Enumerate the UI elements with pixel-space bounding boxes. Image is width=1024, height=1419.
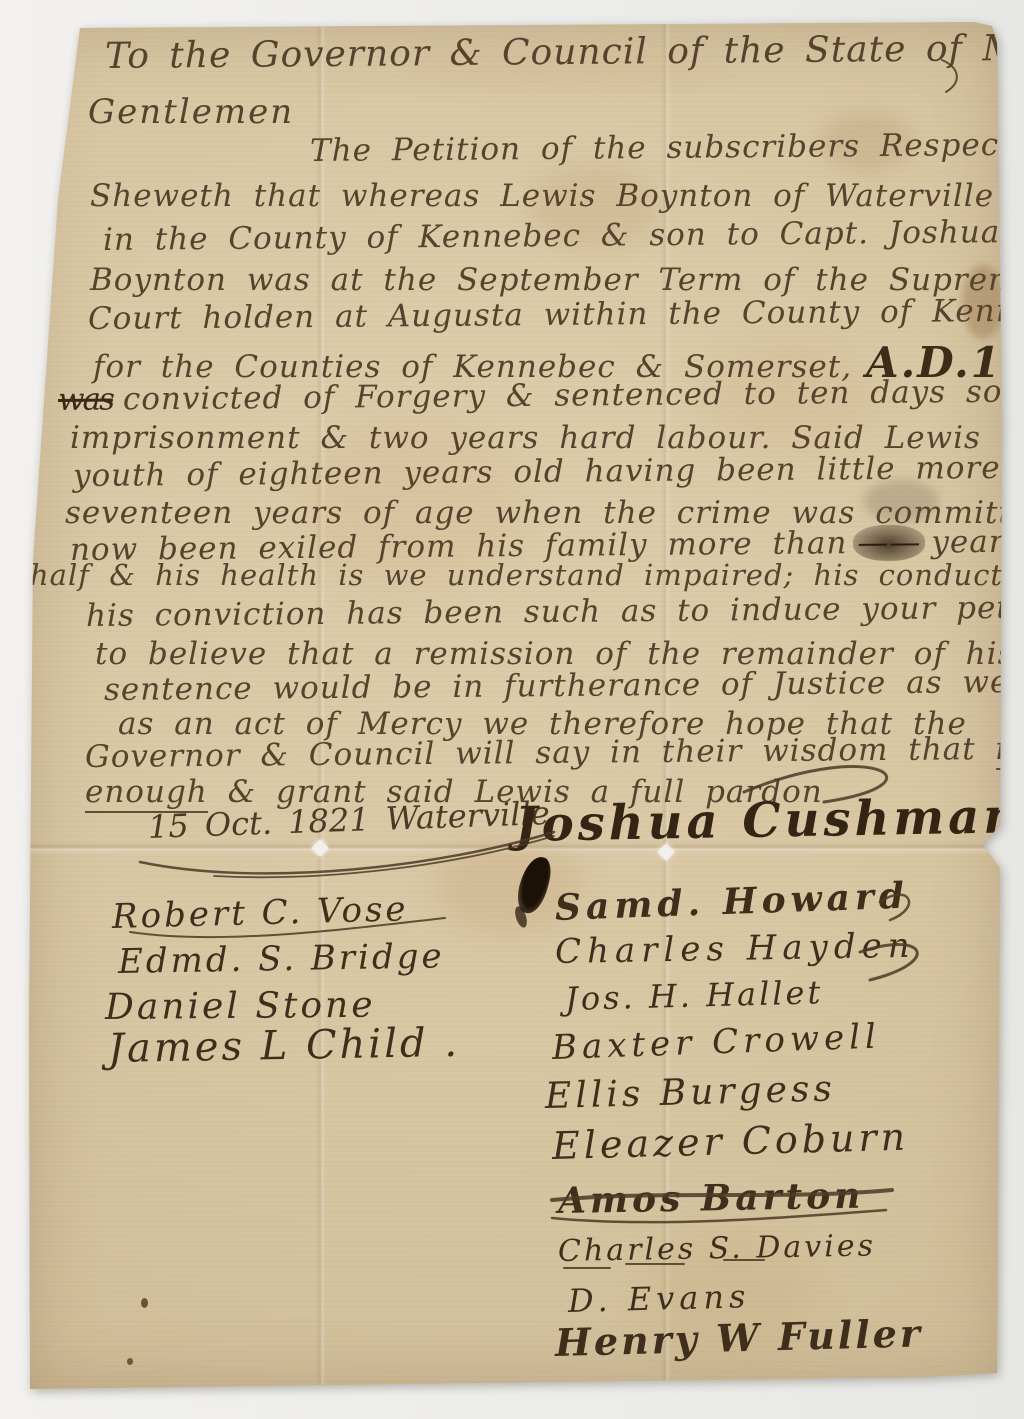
scan-background: { "colors": { "paper": "#d9c7a4", "ink":… [0, 0, 1024, 1419]
signature-d-evans: D. Evans [568, 1277, 751, 1320]
line-address: To the Governor & Council of the State o… [105, 27, 1024, 77]
signature-edmund-bridge: Edmd. S. Bridge [118, 936, 445, 982]
signature-charles-hayden: Charles Hayden [555, 926, 916, 972]
underlined-it-is: it is [995, 730, 1024, 770]
line-salutation: Gentlemen [88, 92, 294, 132]
signature-samuel-howard: Samd. Howard [554, 875, 909, 929]
signature-henry-fuller: Henry W Fuller [554, 1310, 923, 1365]
line-youth: youth of eighteen years old having been … [73, 449, 1024, 494]
petition-document-wrap: To the Governor & Council of the State o… [24, 20, 1006, 1392]
line-governor-text: Governor & Council will say in their wis… [85, 731, 976, 775]
signature-james-child: James L Child . [108, 1020, 461, 1072]
line-county: in the County of Kennebec & son to Capt.… [103, 214, 1001, 258]
line-sheweth: Sheweth that whereas Lewis Boynton of Wa… [90, 178, 994, 214]
smudged-strikeout: —— [853, 525, 925, 562]
signature-ellis-burgess: Ellis Burgess [544, 1068, 836, 1117]
struck-word: was [58, 382, 113, 418]
petition-document: To the Governor & Council of the State o… [24, 20, 1006, 1392]
line-conviction: his conviction has been such as to induc… [86, 589, 1024, 634]
line-sentence: sentence would be in furtherance of Just… [104, 664, 1024, 708]
signature-amos-barton-struck: Amos Barton [558, 1175, 865, 1222]
line-petition: The Petition of the subscribers Respectf… [310, 126, 1024, 169]
signature-charles-davies: Charles S. Davies [558, 1228, 877, 1269]
line-court: Court holden at Augusta within the Count… [88, 292, 1024, 337]
line-exiled-post: year & a [931, 523, 1024, 560]
signature-robert-vose: Robert C. Vose [111, 889, 409, 937]
signature-jos-hallet: Jos. H. Hallet [565, 973, 824, 1018]
line-convicted-text: convicted of Forgery & sentenced to ten … [123, 373, 1024, 417]
signature-joshua-cushman: Joshua Cushman. [515, 788, 1024, 853]
ink-speck [141, 1298, 148, 1308]
signature-baxter-crowell: Baxter Crowell [551, 1017, 881, 1068]
signature-eleazer-coburn: Eleazer Coburn [551, 1115, 909, 1168]
line-governor: Governor & Council will say in their wis… [85, 730, 1024, 775]
ink-speck [127, 1358, 133, 1365]
line-half-margin: half & his health is we understand impai… [30, 558, 1024, 592]
line-boynton: Boynton was at the September Term of the… [90, 262, 1024, 298]
